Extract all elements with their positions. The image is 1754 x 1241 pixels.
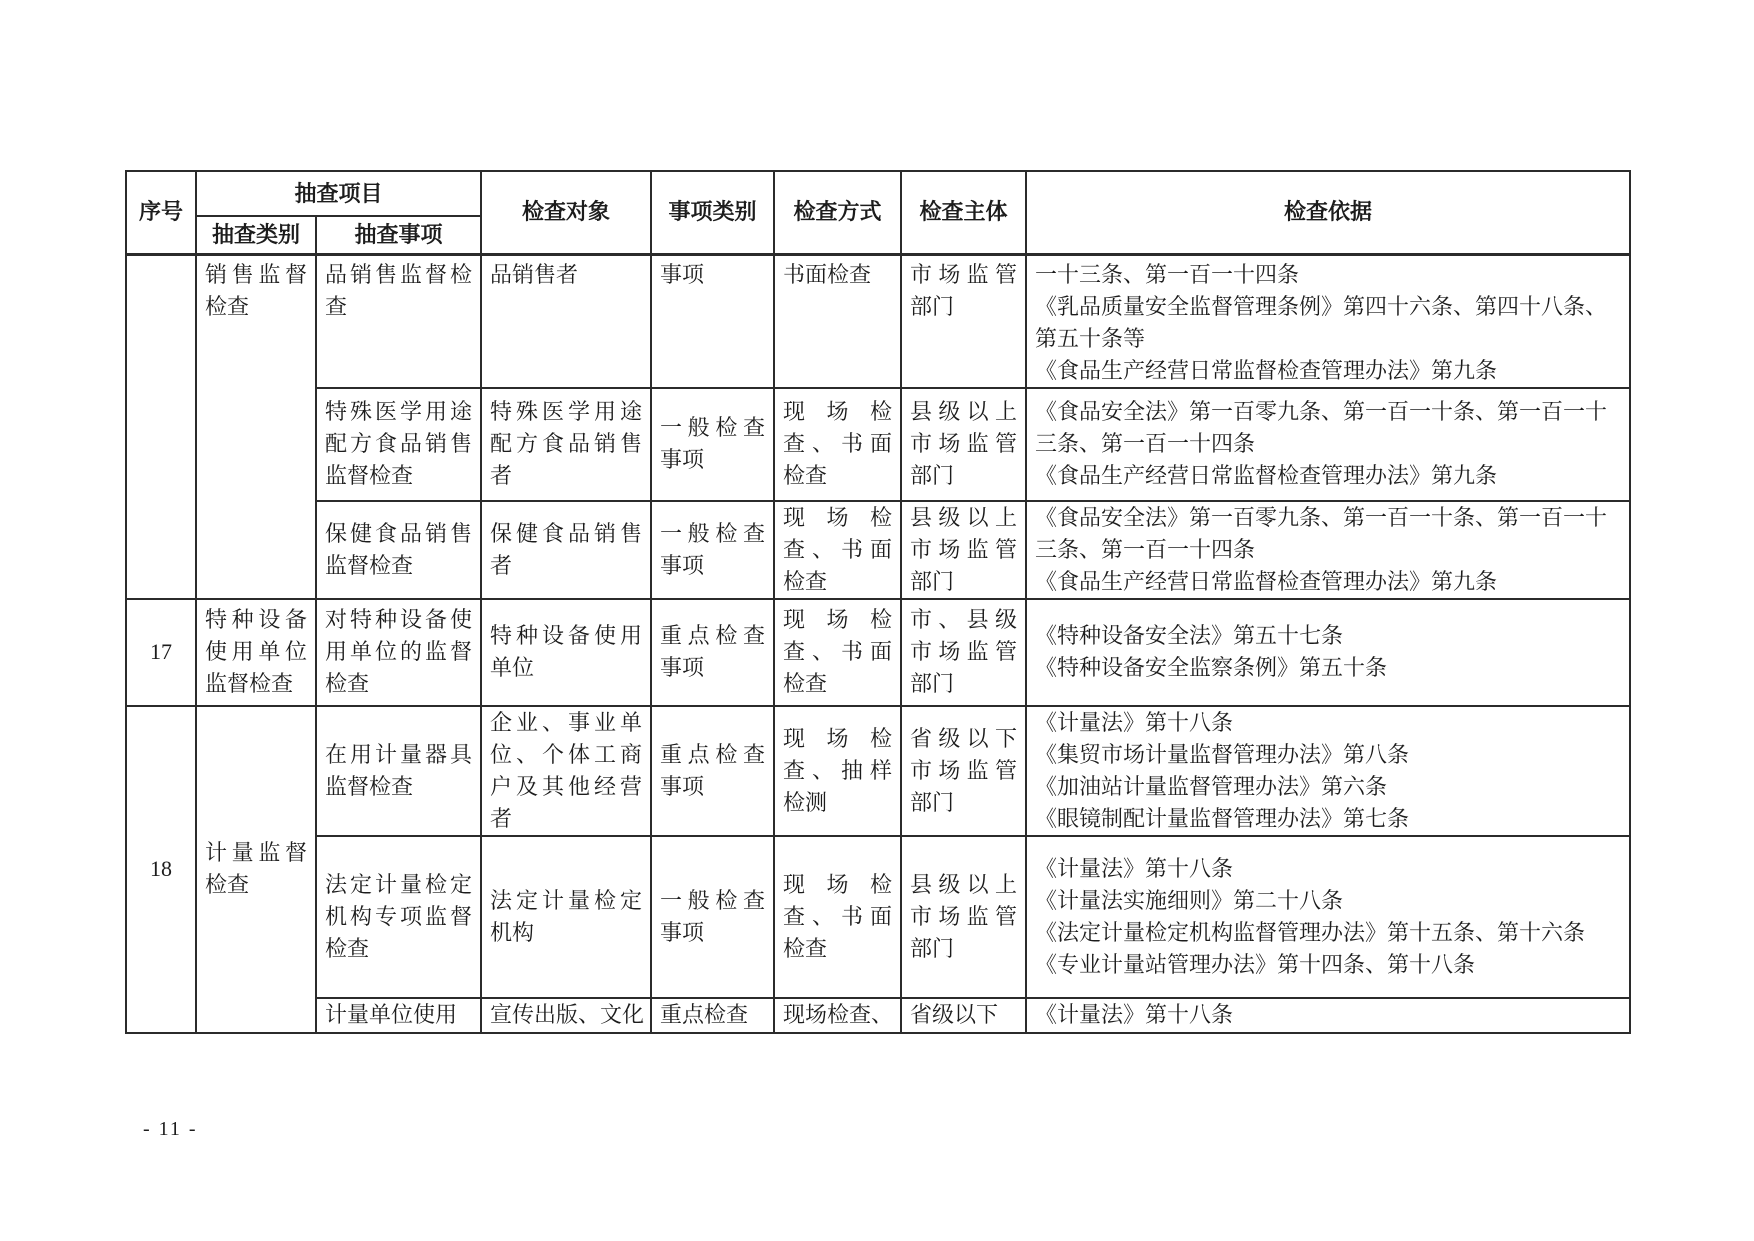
cell-subject: 市场监管部门 <box>901 254 1026 388</box>
table-row: 销售监督检查 品销售监督检查 品销售者 事项 书面检查 市场监管部门 一十三条、… <box>126 254 1630 388</box>
header-col-item-type: 事项类别 <box>651 171 774 254</box>
header-col-basis: 检查依据 <box>1026 171 1630 254</box>
header-col-sample-project: 抽查项目 <box>196 171 481 216</box>
cell-target: 法定计量检定机构 <box>481 836 651 998</box>
cell-subject: 市、县级市场监管部门 <box>901 599 1026 706</box>
cell-basis: 一十三条、第一百一十四条 《乳品质量安全监督管理条例》第四十六条、第四十八条、第… <box>1026 254 1630 388</box>
cell-item-type: 事项 <box>651 254 774 388</box>
cell-item: 保健食品销售监督检查 <box>316 501 481 599</box>
inspection-items-table: 序号 抽查项目 检查对象 事项类别 检查方式 检查主体 检查依据 抽查类别 抽查… <box>125 170 1631 1034</box>
cell-basis: 《计量法》第十八条 《计量法实施细则》第二十八条 《法定计量检定机构监督管理办法… <box>1026 836 1630 998</box>
cell-method: 现场检查、书面检查 <box>774 599 901 706</box>
cell-item: 对特种设备使用单位的监督检查 <box>316 599 481 706</box>
header-col-subject: 检查主体 <box>901 171 1026 254</box>
table-row: 特殊医学用途配方食品销售监督检查 特殊医学用途配方食品销售者 一般检查事项 现场… <box>126 388 1630 501</box>
cell-no: 18 <box>126 706 196 1033</box>
cell-target: 宣传出版、文化 <box>481 998 651 1033</box>
cell-item-type: 重点检查事项 <box>651 706 774 836</box>
cell-item: 在用计量器具监督检查 <box>316 706 481 836</box>
table-row-truncated: 计量单位使用 宣传出版、文化 重点检查 现场检查、 省级以下 《计量法》第十八条 <box>126 998 1630 1033</box>
cell-subject: 县级以上市场监管部门 <box>901 501 1026 599</box>
document-page: { "page": { "number": "- 11 -" }, "table… <box>0 0 1754 1241</box>
page-number: - 11 - <box>143 1118 198 1141</box>
cell-basis: 《计量法》第十八条 <box>1026 998 1630 1033</box>
cell-target: 特种设备使用单位 <box>481 599 651 706</box>
cell-target: 特殊医学用途配方食品销售者 <box>481 388 651 501</box>
cell-item: 品销售监督检查 <box>316 254 481 388</box>
cell-category: 销售监督检查 <box>196 254 316 599</box>
header-col-no: 序号 <box>126 171 196 254</box>
cell-no <box>126 254 196 599</box>
cell-category: 计量监督检查 <box>196 706 316 1033</box>
cell-item-type: 一般检查事项 <box>651 388 774 501</box>
header-col-sample-item: 抽查事项 <box>316 216 481 254</box>
header-col-sample-category: 抽查类别 <box>196 216 316 254</box>
table-row: 18 计量监督检查 在用计量器具监督检查 企业、事业单位、个体工商户及其他经营者… <box>126 706 1630 836</box>
cell-target: 企业、事业单位、个体工商户及其他经营者 <box>481 706 651 836</box>
table-row: 法定计量检定机构专项监督检查 法定计量检定机构 一般检查事项 现场检查、书面检查… <box>126 836 1630 998</box>
cell-basis: 《计量法》第十八条 《集贸市场计量监督管理办法》第八条 《加油站计量监督管理办法… <box>1026 706 1630 836</box>
cell-item-type: 一般检查事项 <box>651 836 774 998</box>
header-col-method: 检查方式 <box>774 171 901 254</box>
cell-subject: 县级以上市场监管部门 <box>901 388 1026 501</box>
table-row: 保健食品销售监督检查 保健食品销售者 一般检查事项 现场检查、书面检查 县级以上… <box>126 501 1630 599</box>
cell-category: 特种设备使用单位监督检查 <box>196 599 316 706</box>
cell-method: 现场检查、书面检查 <box>774 501 901 599</box>
cell-method: 现场检查、抽样检测 <box>774 706 901 836</box>
cell-basis: 《食品安全法》第一百零九条、第一百一十条、第一百一十三条、第一百一十四条 《食品… <box>1026 388 1630 501</box>
cell-target: 保健食品销售者 <box>481 501 651 599</box>
cell-subject: 省级以下 <box>901 998 1026 1033</box>
cell-subject: 省级以下市场监管部门 <box>901 706 1026 836</box>
cell-item: 法定计量检定机构专项监督检查 <box>316 836 481 998</box>
cell-item-type: 重点检查事项 <box>651 599 774 706</box>
cell-method: 现场检查、书面检查 <box>774 836 901 998</box>
cell-basis: 《食品安全法》第一百零九条、第一百一十条、第一百一十三条、第一百一十四条 《食品… <box>1026 501 1630 599</box>
header-col-target: 检查对象 <box>481 171 651 254</box>
cell-method: 书面检查 <box>774 254 901 388</box>
cell-target: 品销售者 <box>481 254 651 388</box>
cell-item-type: 重点检查 <box>651 998 774 1033</box>
cell-subject: 县级以上市场监管部门 <box>901 836 1026 998</box>
cell-item: 计量单位使用 <box>316 998 481 1033</box>
cell-item: 特殊医学用途配方食品销售监督检查 <box>316 388 481 501</box>
cell-basis: 《特种设备安全法》第五十七条 《特种设备安全监察条例》第五十条 <box>1026 599 1630 706</box>
cell-item-type: 一般检查事项 <box>651 501 774 599</box>
cell-method: 现场检查、 <box>774 998 901 1033</box>
table-row: 17 特种设备使用单位监督检查 对特种设备使用单位的监督检查 特种设备使用单位 … <box>126 599 1630 706</box>
cell-method: 现场检查、书面检查 <box>774 388 901 501</box>
cell-no: 17 <box>126 599 196 706</box>
